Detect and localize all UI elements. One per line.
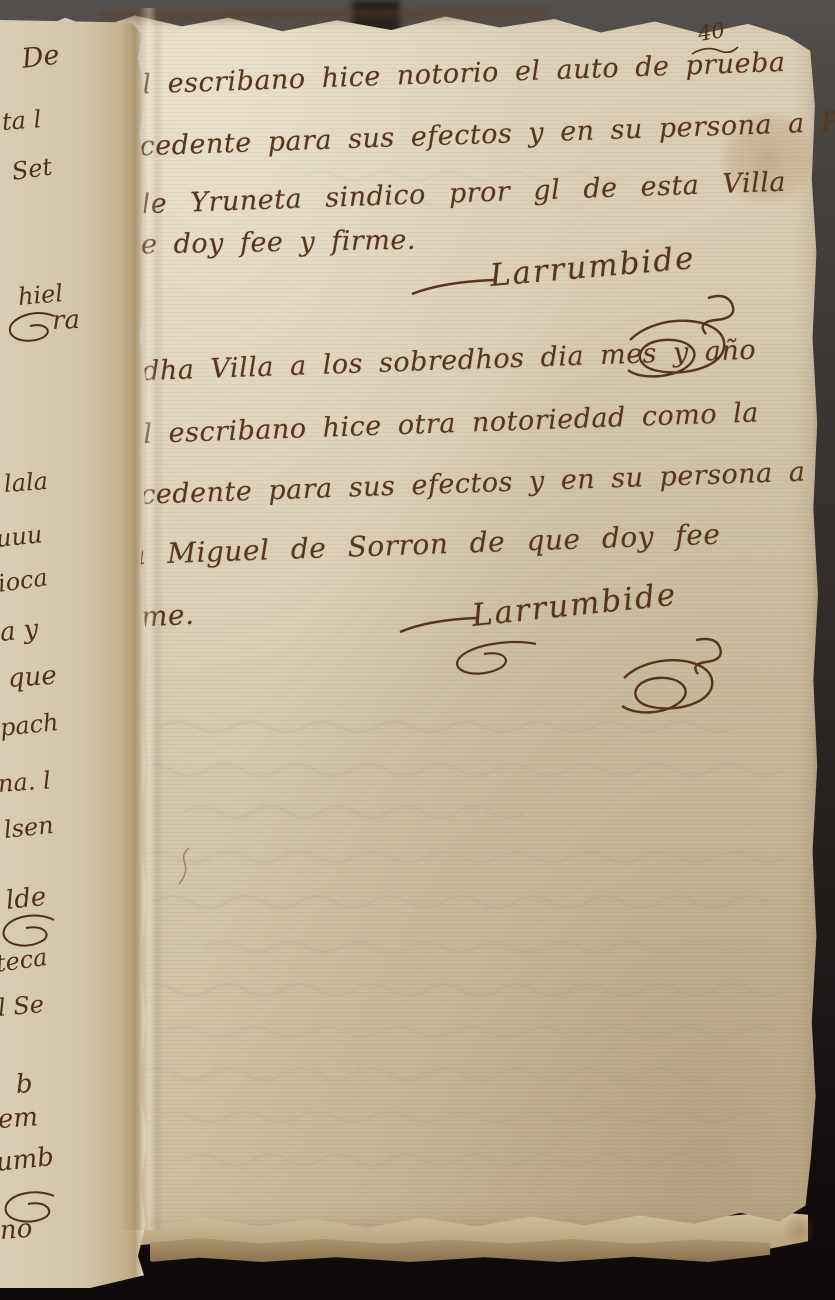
signature-lead-in-stroke bbox=[410, 272, 495, 298]
margin-fragment: l Se bbox=[0, 990, 45, 1022]
manuscript-scan: 40 el escribano hice notorio el auto de … bbox=[0, 0, 835, 1300]
margin-fragment: b bbox=[15, 1069, 34, 1100]
signature-lead-in-stroke bbox=[398, 612, 478, 636]
margin-fragment: no bbox=[0, 1214, 33, 1246]
signature-rubric-2-small bbox=[448, 636, 543, 684]
margin-fragment: em bbox=[0, 1102, 39, 1135]
margin-fragment: Set bbox=[10, 153, 54, 186]
signature-rubric-2-big bbox=[592, 636, 732, 718]
margin-fragment: lde bbox=[4, 882, 47, 916]
margin-fragment: lsen bbox=[3, 811, 55, 844]
margin-fragment: umb bbox=[0, 1142, 55, 1178]
margin-fragment: que bbox=[7, 661, 58, 694]
margin-fragment: a y bbox=[0, 614, 40, 648]
margin-fragment: na. l bbox=[0, 766, 52, 798]
margin-hook-mark bbox=[175, 846, 199, 886]
margin-fragment: De bbox=[20, 40, 61, 75]
folio-number: 40 bbox=[696, 18, 726, 46]
margin-fragment: ta l bbox=[1, 105, 42, 136]
margin-fragment: lala bbox=[3, 467, 49, 498]
margin-fragment: uuu bbox=[0, 520, 44, 553]
margin-rubric bbox=[6, 310, 60, 346]
